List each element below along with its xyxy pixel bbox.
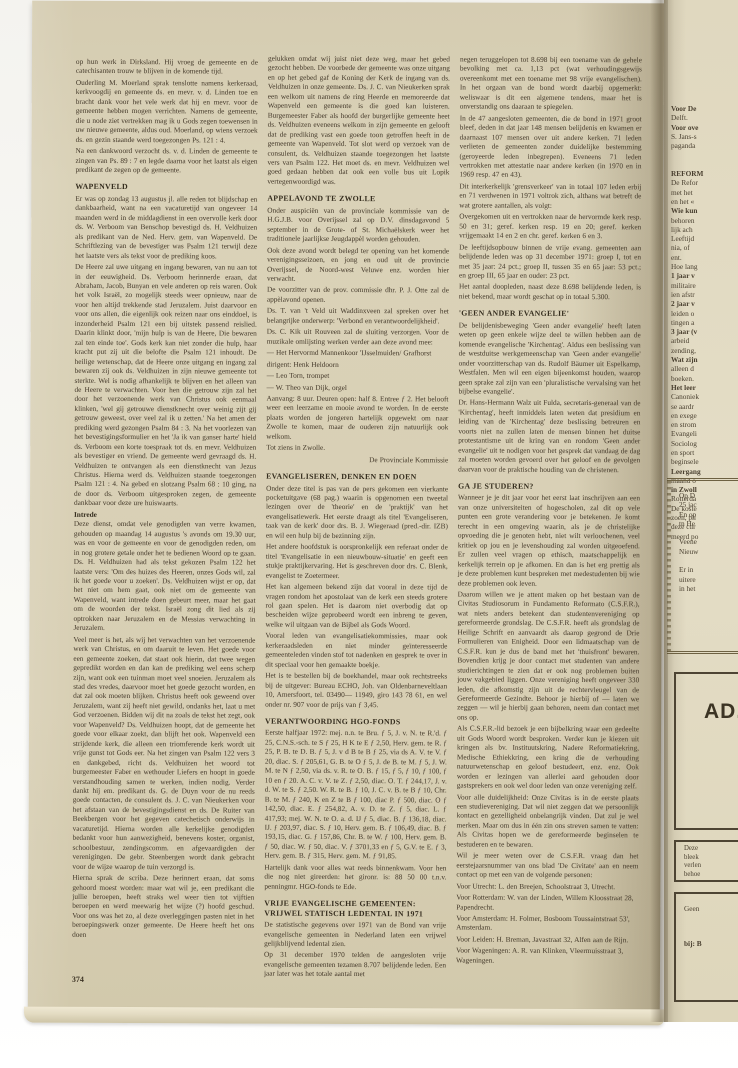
text-line: met het xyxy=(671,188,738,197)
text-line: militaire xyxy=(671,281,738,290)
article-paragraph: Overgekomen uit en vertrokken naar de he… xyxy=(459,212,641,241)
text-line: REFORM xyxy=(671,169,738,178)
article-paragraph: Deze dienst, omdat vele genodigden van v… xyxy=(73,519,255,633)
article-paragraph: De voorzitter van de prov. commissie dhr… xyxy=(267,285,449,305)
text-line: Nieuw xyxy=(679,547,738,556)
article-paragraph: Voor Wageningen: A. R. van Klinken, Vlee… xyxy=(456,946,638,966)
text-line: zending, xyxy=(671,346,738,355)
advertisement-box: AD. xyxy=(674,672,738,830)
text-line: boeken. xyxy=(671,374,738,383)
article-paragraph: — Het Hervormd Mannenkoor 'IJsselmuiden/… xyxy=(267,348,449,358)
text-line: 2 jaar v xyxy=(671,299,738,308)
text-line: Wie kun xyxy=(671,206,738,215)
article-paragraph: Ouderling M. Moerland sprak tenslotte na… xyxy=(76,78,258,145)
article-paragraph: Ook deze avond wordt belegd ter opening … xyxy=(267,245,449,284)
page-number: 374 xyxy=(72,975,84,984)
right-page-sliver: Voor DeDelft.Voor oveS. Jans-spagandaREF… xyxy=(664,0,738,1022)
article-paragraph: Vooral leden van evangelisatiekommissies… xyxy=(265,631,447,670)
article-paragraph: Het andere hoofdstuk is oorspronkelijk e… xyxy=(266,542,448,581)
text-line: en het « xyxy=(671,197,738,206)
article-paragraph: De Provinciale Kommissie xyxy=(266,454,448,464)
article-heading: EVANGELISEREN, DENKEN EN DOEN xyxy=(266,472,448,482)
text-line xyxy=(679,556,738,565)
text-line: Veene xyxy=(679,537,738,546)
text-line: behoren xyxy=(671,216,738,225)
text-line: ent. xyxy=(671,253,738,262)
text-line: in het xyxy=(679,584,738,593)
text-line: paganda xyxy=(671,141,738,150)
text-line: uitere xyxy=(679,575,738,584)
text-line: Delft. xyxy=(671,113,738,122)
small-text-box: Dezebleekverlenbehoe xyxy=(674,840,738,882)
text-line: Sociolog xyxy=(671,439,738,448)
text-line: tn He xyxy=(679,519,738,528)
text-line: bij: B xyxy=(684,939,738,948)
article-paragraph: Het aantal doopleden, naast deze 8.698 b… xyxy=(459,282,641,302)
text-line: tingen a xyxy=(671,318,738,327)
text-column-2: gelukken omdat wij juist niet deze weg, … xyxy=(264,54,450,983)
article-paragraph: Voor alle duidelijkheid: Onze Civitas is… xyxy=(457,792,639,850)
text-line: Leeftijd xyxy=(671,234,738,243)
article-paragraph: gelukken omdat wij juist niet deze weg, … xyxy=(267,54,450,187)
text-line xyxy=(671,160,738,169)
article-paragraph: Hierna sprak de scriba. Deze herinnert e… xyxy=(72,873,254,940)
text-line xyxy=(679,528,738,537)
text-line xyxy=(671,150,738,159)
text-column-3: negen teruggelopen tot 8.698 bij een toe… xyxy=(456,54,642,983)
article-paragraph: Eerste halfjaar 1972: mej. n.n. te Bru. … xyxy=(264,728,447,861)
text-line: arbeid xyxy=(671,336,738,345)
text-line: Hoe lang xyxy=(671,262,738,271)
article-paragraph: Het kan algemeen bekend zijn dat vooral … xyxy=(265,582,447,630)
article-paragraph: Wil je meer weten over de C.S.F.R. vraag… xyxy=(456,851,638,880)
text-line: lijk ach xyxy=(671,225,738,234)
text-line: en sport xyxy=(671,448,738,457)
article-paragraph: Wanneer je je dit jaar voor het eerst la… xyxy=(458,493,640,588)
text-line: Wat zijn xyxy=(671,355,738,364)
article-paragraph: — Leo Torn, trompet xyxy=(267,371,449,381)
text-line: behoe xyxy=(684,871,738,880)
text-line: Voor ove xyxy=(671,123,738,132)
text-line xyxy=(684,913,738,939)
article-paragraph: Daarom willen we je attent maken op het … xyxy=(457,590,640,723)
article-paragraph: Er was op zondag 13 augustus jl. alle re… xyxy=(75,194,257,261)
article-heading: GA JE STUDEREN? xyxy=(458,482,640,492)
left-page: op hun werk in Dirksland. Hij vroeg de g… xyxy=(28,1,664,1014)
article-heading: 'GEEN ANDER EVANGELIE' xyxy=(459,309,641,319)
article-heading: WAPENVELD xyxy=(75,182,257,192)
text-line: se aardr xyxy=(671,402,738,411)
article-paragraph: De statistische gegevens over 1971 van d… xyxy=(264,920,446,949)
text-line: Geen xyxy=(684,904,738,913)
page-stack-edge xyxy=(24,1007,664,1026)
article-paragraph: Hartelijk dank voor alles wat reeds binn… xyxy=(264,862,446,891)
text-line: En op xyxy=(679,510,738,519)
text-line: Deze xyxy=(684,845,738,854)
article-paragraph: op hun werk in Dirksland. Hij vroeg de g… xyxy=(76,57,258,77)
text-line: ien afstr xyxy=(671,290,738,299)
article-paragraph: In de 47 aangesloten gemeenten, die de b… xyxy=(459,113,641,180)
book-gutter-shadow xyxy=(650,0,668,1022)
article-paragraph: — W. Theo van Dijk, orgel xyxy=(267,382,449,392)
article-paragraph: Voor Leiden: H. Breman, Javastraat 32, A… xyxy=(456,934,638,944)
article-paragraph: Voor Rotterdam: W. van der Linden, Wille… xyxy=(456,893,638,913)
article-paragraph: Onder deze titel is pas van de pers geko… xyxy=(266,483,448,541)
article-paragraph: Voor Amsterdam: H. Folmer, Bosboom Touss… xyxy=(456,913,638,933)
article-paragraph: Tot ziens in Zwolle. xyxy=(266,443,448,453)
article-paragraph: De Heere zal uwe uitgang en ingang bewar… xyxy=(74,262,257,509)
text-line: verlen xyxy=(684,862,738,871)
text-column-1: op hun werk in Dirksland. Hij vroeg de g… xyxy=(72,57,258,970)
text-line: 1 jaar v xyxy=(671,271,738,280)
article-paragraph: De leeftijdsopbouw binnen de vrije evang… xyxy=(459,242,641,281)
article-paragraph: negen teruggelopen tot 8.698 bij een toe… xyxy=(460,54,642,112)
text-line: 25 jac xyxy=(679,500,738,509)
text-line: nia, of xyxy=(671,243,738,252)
text-line: Evangeli xyxy=(671,429,738,438)
text-line: bleek xyxy=(684,854,738,863)
text-line: Op D xyxy=(679,491,738,500)
advertisement-title: AD. xyxy=(704,700,738,724)
article-heading: VERANTWOORDING HGO-FONDS xyxy=(265,717,447,727)
article-paragraph: De belijdenisbeweging 'Geen ander evange… xyxy=(458,320,640,396)
text-line: alleen d xyxy=(671,364,738,373)
text-line: Het leer xyxy=(671,383,738,392)
article-paragraph: Het is te bestellen bij de boekhandel, m… xyxy=(265,671,447,710)
article-paragraph: Als C.S.F.R.-lid bezoek je een bijbelkri… xyxy=(457,724,639,791)
text-line: S. Jans-s xyxy=(671,132,738,141)
article-heading: APPELAVOND TE ZWOLLE xyxy=(267,194,449,204)
scanned-magazine-spread: op hun werk in Dirksland. Hij vroeg de g… xyxy=(0,0,738,1068)
text-line: en exege xyxy=(671,411,738,420)
text-line: en strom xyxy=(671,420,738,429)
offer-box: Geenbij: B xyxy=(674,892,738,1002)
article-paragraph: Op 31 december 1970 telden de aangeslote… xyxy=(264,950,446,979)
text-line: Leergang xyxy=(671,467,738,476)
article-paragraph: Dr. Hans-Hermann Walz uit Fulda, secreta… xyxy=(458,398,640,474)
text-line: beginsele xyxy=(671,457,738,466)
text-line: Voor De xyxy=(671,104,738,113)
text-line: Canoniek xyxy=(671,392,738,401)
article-paragraph: Onder auspiciën van de provinciale kommi… xyxy=(267,205,449,244)
text-line: Er in xyxy=(679,565,738,574)
article-paragraph: Ds. T. van 't Veld uit Waddinxveen zal s… xyxy=(267,306,449,326)
text-line: 3 jaar (v xyxy=(671,327,738,336)
article-paragraph: Ds. C. Kik uit Rouveen zal de sluiting v… xyxy=(267,327,449,347)
article-paragraph: Aanvang: 8 uur. Deuren open: half 8. Ent… xyxy=(266,394,448,442)
article-paragraph: Voor Utrecht: L. den Breejen, Schoolstra… xyxy=(456,881,638,891)
article-paragraph: Dit interkerkelijk 'grensverkeer' van in… xyxy=(459,181,641,210)
article-paragraph: Veel meer is het, als wij het verwachten… xyxy=(72,635,255,872)
text-line: leiden o xyxy=(671,309,738,318)
article-heading: VRIJE EVANGELISCHE GEMEENTEN: VRIJWEL ST… xyxy=(264,899,446,919)
decorative-notice-box: Op D25 jacEn optn HeVeeneNieuwEr inuiter… xyxy=(667,478,738,654)
next-page-text-fragments: Voor DeDelft.Voor oveS. Jans-spagandaREF… xyxy=(671,104,738,541)
text-line: De Refor xyxy=(671,178,738,187)
article-paragraph: dirigent: Henk Heldoorn xyxy=(267,359,449,369)
article-paragraph: Na een dankwoord verzocht ds. v. d. Lind… xyxy=(75,146,257,175)
